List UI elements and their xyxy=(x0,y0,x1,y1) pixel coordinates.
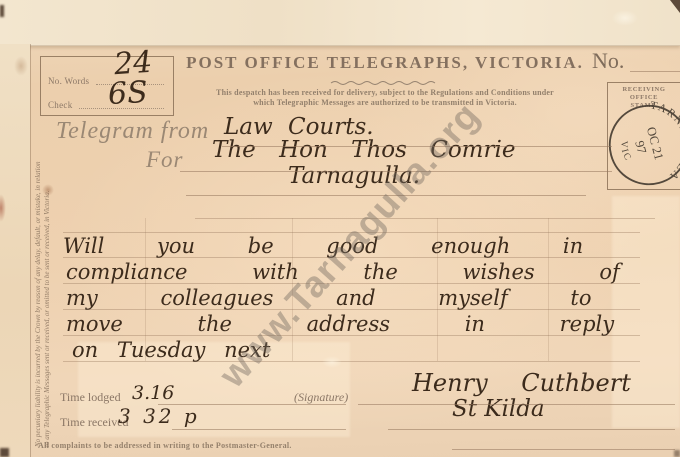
time-lodged-rule xyxy=(158,404,346,405)
stain xyxy=(14,56,28,76)
postmark-date-line2: 97 xyxy=(632,139,649,155)
handwritten-time-lodged: 3.16 xyxy=(132,382,174,404)
time-lodged-label: Time lodged xyxy=(60,390,121,405)
message-line: move the address in reply xyxy=(66,312,614,336)
signature-label: (Signature) xyxy=(294,390,348,405)
stain xyxy=(42,184,54,196)
signature-rule-2 xyxy=(388,429,675,430)
backing-paper-left xyxy=(0,44,30,457)
message-line: my colleagues and myself to xyxy=(66,286,591,310)
handwritten-addressee: The Hon Thos Comrie xyxy=(212,137,515,163)
number-label: No. xyxy=(592,48,624,74)
message-line: on Tuesday next xyxy=(72,338,270,362)
worn-spot xyxy=(612,10,638,26)
corner-shadow xyxy=(0,448,9,457)
liability-note: No pecuniary liability is incurred by th… xyxy=(34,75,52,447)
regulation-line-2: which Telegraphic Messages are authorize… xyxy=(170,98,600,108)
for-label: For xyxy=(146,147,184,173)
message-rule xyxy=(195,218,655,219)
signature-rule xyxy=(358,404,675,405)
complaints-note: All complaints to be addressed in writin… xyxy=(38,441,292,450)
form-border xyxy=(30,44,31,457)
for-rule xyxy=(180,171,612,172)
postmark-state: VIC xyxy=(616,138,634,164)
handwritten-check: 6S xyxy=(107,75,148,112)
message-rule xyxy=(63,232,640,233)
corner-shadow xyxy=(674,450,680,457)
regulation-line-1: This despatch has been received for deli… xyxy=(170,88,600,98)
regulation-note: This despatch has been received for deli… xyxy=(170,88,600,108)
corner-shadow xyxy=(0,5,4,17)
liability-note-line1: No pecuniary liability is incurred by th… xyxy=(34,75,43,447)
telegram-document: POST OFFICE TELEGRAPHS, VICTORIA. No. Th… xyxy=(0,0,680,457)
number-rule xyxy=(630,71,680,72)
handwritten-signature: Henry Cuthbert xyxy=(412,369,631,397)
liability-note-line2: to any Telegraphic Messages sent or rece… xyxy=(43,75,52,447)
squiggle-divider xyxy=(330,79,442,87)
handwritten-addressee-town: Tarnagulla. xyxy=(288,163,420,189)
time-received-rule xyxy=(172,429,346,430)
handwritten-time-received: 3 32 p xyxy=(118,404,200,428)
backing-paper-top xyxy=(0,0,680,46)
message-line: Will you be good enough in xyxy=(63,234,583,258)
message-line: compliance with the wishes of xyxy=(66,260,620,284)
addressee-rule xyxy=(186,195,586,196)
svg-text:VIC: VIC xyxy=(616,138,634,164)
form-title: POST OFFICE TELEGRAPHS, VICTORIA. xyxy=(175,53,595,73)
from-rule xyxy=(222,146,612,147)
worn-spot xyxy=(322,356,342,368)
bottom-rule xyxy=(452,449,675,450)
words-label: No. Words xyxy=(48,76,89,86)
telegram-from-label: Telegram from xyxy=(56,118,209,145)
handwritten-signature-town: St Kilda xyxy=(452,396,545,422)
